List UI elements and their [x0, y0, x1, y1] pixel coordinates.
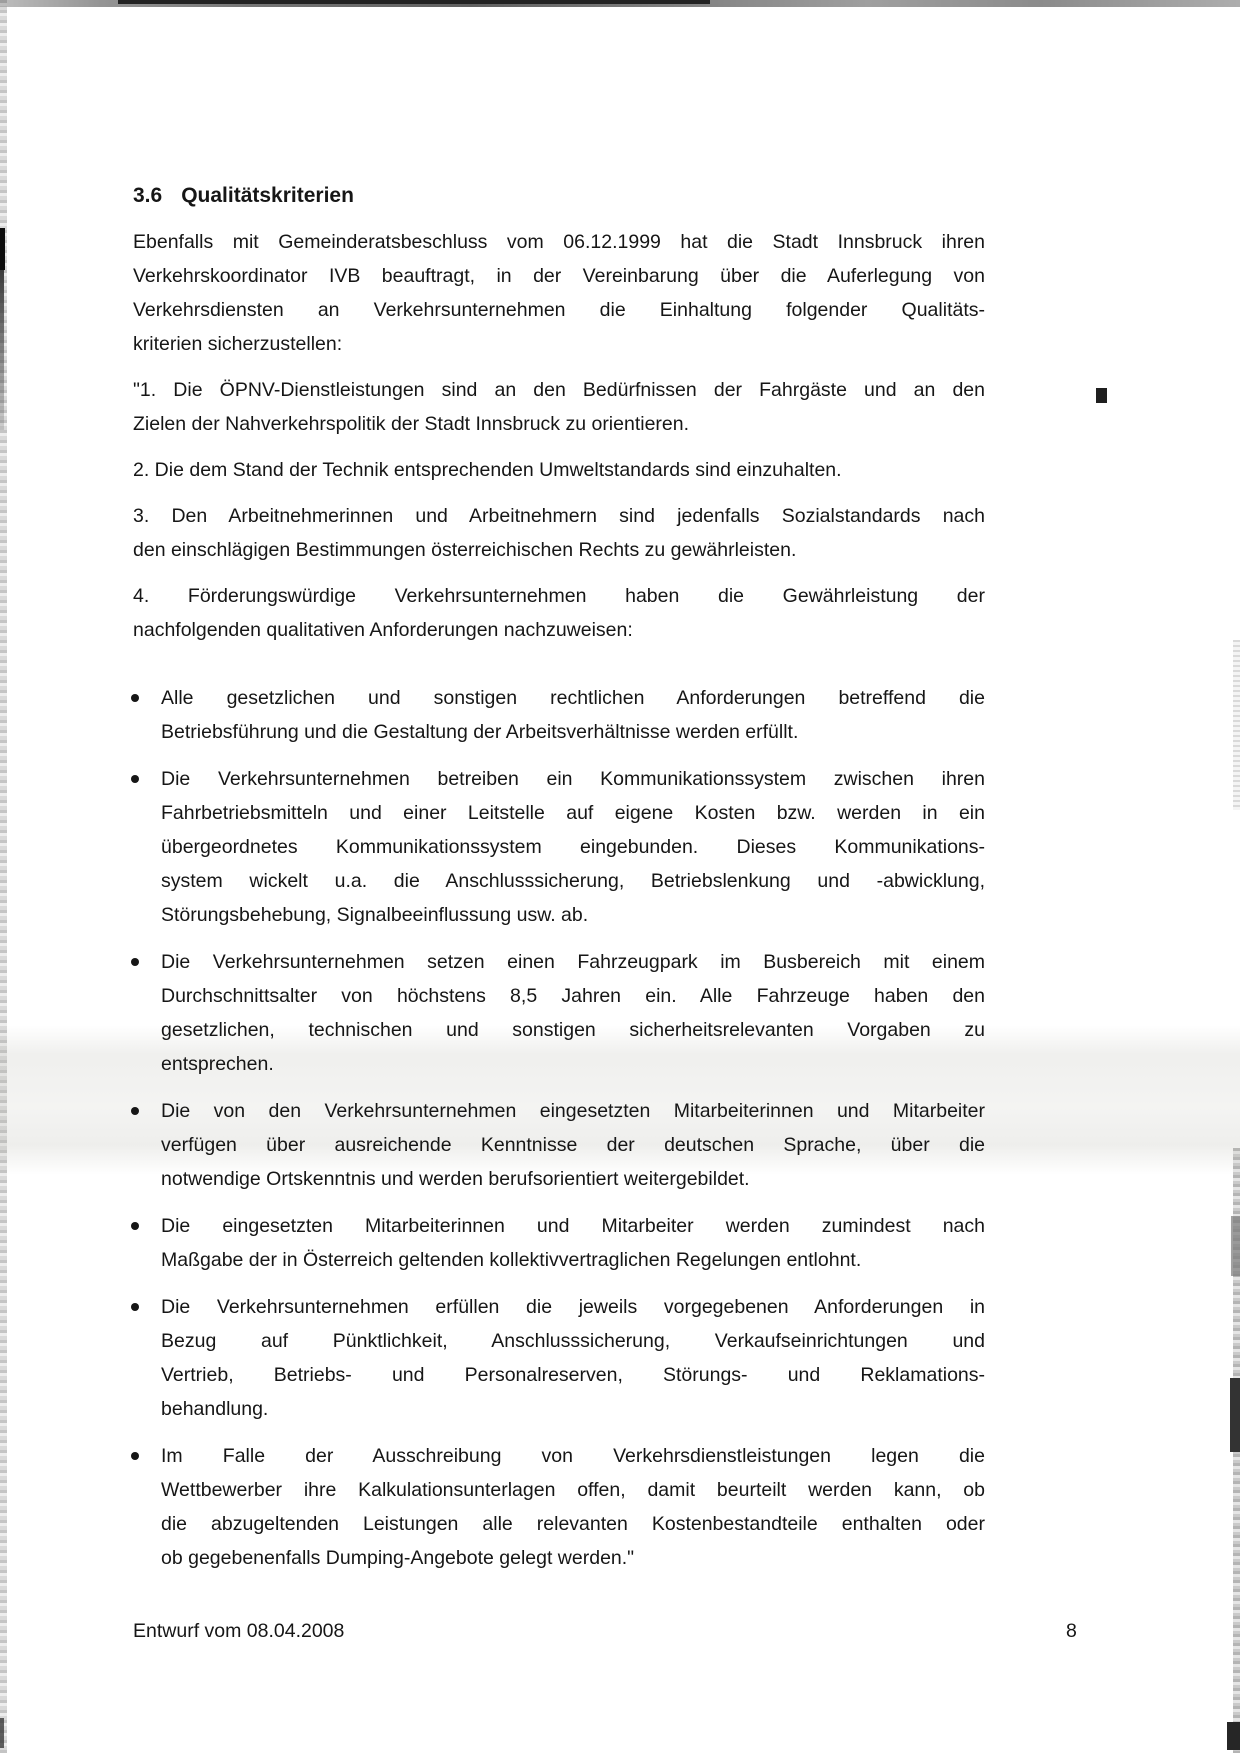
text-line: den einschlägigen Bestimmungen österreic… — [133, 533, 985, 567]
text-line: Verkehrskoordinator IVB beauftragt, in d… — [133, 259, 985, 293]
paragraph: 2. Die dem Stand der Technik entsprechen… — [133, 453, 985, 487]
text-line: system wickelt u.a. die Anschlusssicheru… — [161, 864, 985, 898]
paragraph-section: Ebenfalls mit Gemeinderatsbeschluss vom … — [133, 225, 985, 647]
section-number: 3.6 — [133, 184, 162, 207]
text-line: Alle gesetzlichen und sonstigen rechtlic… — [161, 681, 985, 715]
text-line: Im Falle der Ausschreibung von Verkehrsd… — [161, 1439, 985, 1473]
bullet-dot-icon — [131, 1303, 139, 1311]
section-heading: 3.6Qualitätskriterien — [133, 184, 985, 208]
text-line: gesetzlichen, technischen und sonstigen … — [161, 1013, 985, 1047]
text-line: Ebenfalls mit Gemeinderatsbeschluss vom … — [133, 225, 985, 259]
text-line: Maßgabe der in Österreich geltenden koll… — [161, 1243, 985, 1277]
text-line: Die Verkehrsunternehmen setzen einen Fah… — [161, 945, 985, 979]
paragraph: 4. Förderungswürdige Verkehrsunternehmen… — [133, 579, 985, 647]
text-line: Betriebsführung und die Gestaltung der A… — [161, 715, 985, 749]
paragraph: "1. Die ÖPNV-Dienstleistungen sind an de… — [133, 373, 985, 441]
scan-artifact-right-edge-mid — [1231, 1216, 1240, 1276]
scan-artifact-top-edge-dark — [118, 0, 710, 4]
scan-artifact-right-edge-faint — [1233, 640, 1240, 810]
text-line: 2. Die dem Stand der Technik entsprechen… — [133, 453, 985, 487]
text-line: nachfolgenden qualitativen Anforderungen… — [133, 613, 985, 647]
scanned-document-page: 3.6Qualitätskriterien Ebenfalls mit Geme… — [0, 0, 1240, 1753]
bullet-dot-icon — [131, 958, 139, 966]
bullet-dot-icon — [131, 1107, 139, 1115]
text-line: 3. Den Arbeitnehmerinnen und Arbeitnehme… — [133, 499, 985, 533]
text-line: die abzugeltenden Leistungen alle releva… — [161, 1507, 985, 1541]
text-line: Durchschnittsalter von höchstens 8,5 Jah… — [161, 979, 985, 1013]
text-line: Die Verkehrsunternehmen betreiben ein Ko… — [161, 762, 985, 796]
text-line: übergeordnetes Kommunikationssystem eing… — [161, 830, 985, 864]
text-line: "1. Die ÖPNV-Dienstleistungen sind an de… — [133, 373, 985, 407]
bullet-item: Die Verkehrsunternehmen betreiben ein Ko… — [133, 762, 985, 932]
scan-artifact-stray-mark — [1096, 388, 1107, 403]
text-line: behandlung. — [161, 1392, 985, 1426]
scan-artifact-left-edge-bottom — [0, 1718, 4, 1748]
text-line: 4. Förderungswürdige Verkehrsunternehmen… — [133, 579, 985, 613]
text-line: ob gegebenenfalls Dumping-Angebote geleg… — [161, 1541, 985, 1575]
scan-artifact-left-edge-black — [0, 228, 5, 270]
bullet-item: Die Verkehrsunternehmen setzen einen Fah… — [133, 945, 985, 1081]
document-content: 3.6Qualitätskriterien Ebenfalls mit Geme… — [133, 184, 985, 1588]
text-line: Die von den Verkehrsunternehmen eingeset… — [161, 1094, 985, 1128]
bullet-item: Die Verkehrsunternehmen erfüllen die jew… — [133, 1290, 985, 1426]
scan-artifact-right-edge-dark — [1230, 1378, 1240, 1452]
text-line: Die eingesetzten Mitarbeiterinnen und Mi… — [161, 1209, 985, 1243]
text-line: notwendige Ortskenntnis und werden beruf… — [161, 1162, 985, 1196]
text-line: Wettbewerber ihre Kalkulationsunterlagen… — [161, 1473, 985, 1507]
page-number: 8 — [1066, 1614, 1077, 1648]
bullet-dot-icon — [131, 1222, 139, 1230]
text-line: Verkehrsdiensten an Verkehrsunternehmen … — [133, 293, 985, 327]
bullet-dot-icon — [131, 694, 139, 702]
text-line: kriterien sicherzustellen: — [133, 327, 985, 361]
scan-artifact-right-edge-blob — [1227, 1722, 1240, 1750]
text-line: Zielen der Nahverkehrspolitik der Stadt … — [133, 407, 985, 441]
bullet-item: Die eingesetzten Mitarbeiterinnen und Mi… — [133, 1209, 985, 1277]
text-line: verfügen über ausreichende Kenntnisse de… — [161, 1128, 985, 1162]
bullet-dot-icon — [131, 775, 139, 783]
paragraph: 3. Den Arbeitnehmerinnen und Arbeitnehme… — [133, 499, 985, 567]
paragraph: Ebenfalls mit Gemeinderatsbeschluss vom … — [133, 225, 985, 361]
footer-draft-date: Entwurf vom 08.04.2008 — [133, 1614, 344, 1648]
text-line: Störungsbehebung, Signalbeeinflussung us… — [161, 898, 985, 932]
text-line: Fahrbetriebsmitteln und einer Leitstelle… — [161, 796, 985, 830]
text-line: Vertrieb, Betriebs- und Personalreserven… — [161, 1358, 985, 1392]
scan-artifact-left-edge-dark — [0, 270, 4, 430]
bullet-item: Alle gesetzlichen und sonstigen rechtlic… — [133, 681, 985, 749]
text-line: Die Verkehrsunternehmen erfüllen die jew… — [161, 1290, 985, 1324]
bullet-dot-icon — [131, 1452, 139, 1460]
bullet-list: Alle gesetzlichen und sonstigen rechtlic… — [133, 681, 985, 1575]
text-line: entsprechen. — [161, 1047, 985, 1081]
section-title: Qualitätskriterien — [181, 184, 354, 207]
bullet-item: Die von den Verkehrsunternehmen eingeset… — [133, 1094, 985, 1196]
bullet-item: Im Falle der Ausschreibung von Verkehrsd… — [133, 1439, 985, 1575]
text-line: Bezug auf Pünktlichkeit, Anschlusssicher… — [161, 1324, 985, 1358]
